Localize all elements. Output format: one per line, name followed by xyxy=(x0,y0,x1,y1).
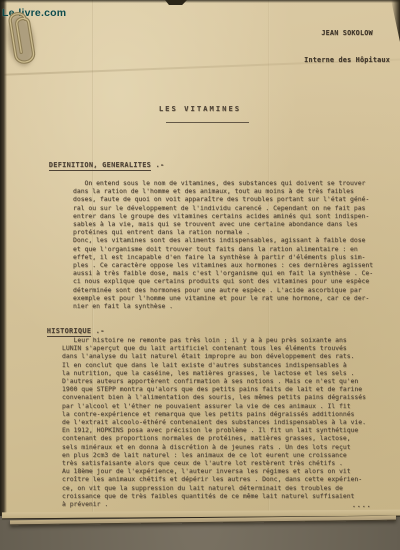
typed-line: convenaient bien à l'alimentation des so… xyxy=(62,393,366,401)
scan-edge-left xyxy=(0,0,7,516)
typed-line: Il en conclut que dans le lait existe d'… xyxy=(62,361,366,369)
typed-line: On entend sous le nom de vitamines, des … xyxy=(73,179,373,187)
typed-line: exemple est pour l'homme une vitamine et… xyxy=(73,294,373,302)
section-heading-suffix: .- xyxy=(151,161,164,169)
typed-line: déterminée sont des hormones pour une au… xyxy=(73,286,373,294)
typed-line: ci nous explique que certains produits q… xyxy=(73,277,373,285)
typed-line: de l'extrait alcoolo-éthéré contenaient … xyxy=(62,418,366,426)
typed-line: à prévenir . xyxy=(62,500,366,508)
section-heading-definition: DEFINITION, GENERALITES .- xyxy=(31,153,164,177)
paragraph-historique: Leur histoire ne remonte pas très loin ;… xyxy=(62,336,366,508)
typed-line: ce, on vit que la suppression du lait na… xyxy=(62,484,366,492)
end-mark: .... xyxy=(352,501,372,509)
typed-line: croissance que de très faibles quantités… xyxy=(62,492,366,500)
title-underline-rule xyxy=(166,122,249,123)
typed-line: entrer dans le groupe des vitamines cert… xyxy=(73,212,373,220)
typed-line: la nutrition, que la caséine, les matièr… xyxy=(62,369,366,377)
typed-line: Leur histoire ne remonte pas très loin ;… xyxy=(62,336,366,344)
section-heading-text: DEFINITION, GENERALITES xyxy=(49,161,151,171)
typed-line: sels minéraux et en donna à discrétion à… xyxy=(62,443,366,451)
typed-line: doses, faute de quoi on voit apparaître … xyxy=(73,195,373,203)
typed-line: par l'alcool et l'éther ne pouvaient ass… xyxy=(62,402,366,410)
paragraph-definition: On entend sous le nom de vitamines, des … xyxy=(73,179,373,310)
typed-line: Donc, les vitamines sont des aliments in… xyxy=(73,236,373,244)
typed-line: ral ou sur le développement de l'individ… xyxy=(73,204,373,212)
typed-line: ples . Ce caractère oppose les vitamines… xyxy=(73,261,373,269)
section-heading-suffix: .- xyxy=(91,327,104,335)
page-title: LES VITAMINES xyxy=(0,104,400,113)
typed-line: la contre-expérience et remarqua que les… xyxy=(62,410,366,418)
typed-line: contenant des proportions normales de pr… xyxy=(62,434,366,442)
stamp-name: JEAN SOKOLOW xyxy=(304,29,390,38)
stamp-role: Interne des Hôpitaux xyxy=(304,56,390,65)
typed-line: dans l'analyse du lait naturel était imp… xyxy=(62,352,366,360)
typed-line: nier en fait la synthèse . xyxy=(73,302,373,310)
scanned-page-photo: Le-livre.com JEAN SOKOLOW Interne des Hô… xyxy=(0,0,400,550)
typed-line: en plus 2cm3 de lait naturel : les anima… xyxy=(62,451,366,459)
typed-line: croître les animaux chétifs et dépérir l… xyxy=(62,475,366,483)
typed-line: D'autres auteurs apportèrent confirmatio… xyxy=(62,377,366,385)
typed-line: effet, il est incapable d'en faire la sy… xyxy=(73,253,373,261)
owner-stamp: JEAN SOKOLOW Interne des Hôpitaux xyxy=(304,11,390,83)
typed-line: sables à la vie, mais qui se trouvent av… xyxy=(73,220,373,228)
scan-edge-top xyxy=(0,0,400,3)
typed-line: et que l'organisme doit trouver tout fai… xyxy=(73,245,373,253)
